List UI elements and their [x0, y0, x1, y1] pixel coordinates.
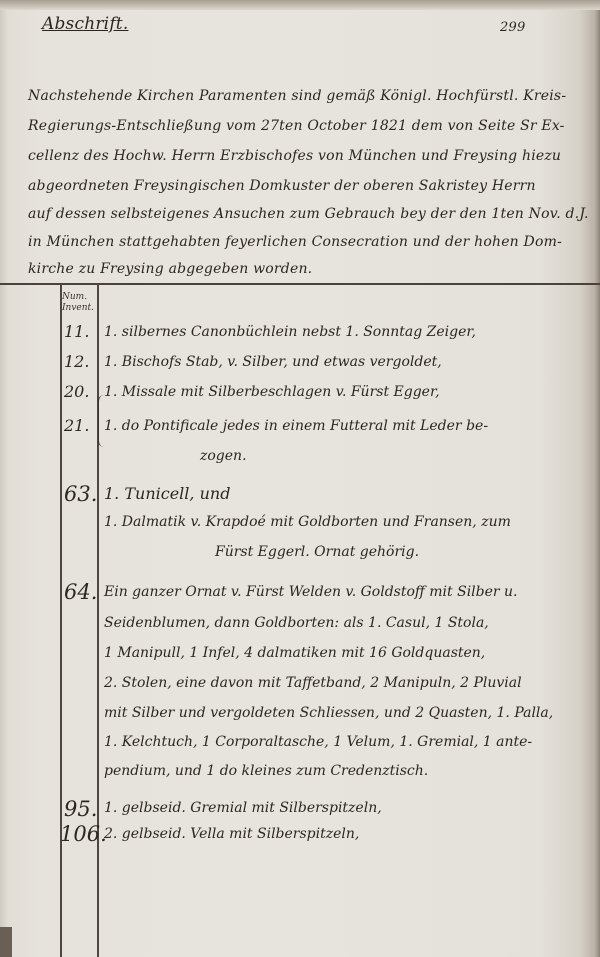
intro-line: cellenz des Hochw. Herrn Erzbischofes vo… — [28, 148, 561, 164]
entry-line: zogen. — [200, 448, 247, 464]
column-line-left — [60, 283, 62, 957]
entry-line: Fürst Eggerl. Ornat gehörig. — [215, 544, 419, 560]
page-number: 299 — [500, 20, 525, 35]
document-title: Abschrift. — [42, 14, 128, 34]
intro-line: Regierungs-Entschließung vom 27ten Octob… — [28, 118, 565, 134]
inventory-number: 12. — [64, 352, 96, 371]
entry-line: 1. Missale mit Silberbeschlagen v. Fürst… — [104, 384, 440, 400]
entry-line: 1. Bischofs Stab, v. Silber, und etwas v… — [104, 354, 442, 370]
entry-line: 1. Kelchtuch, 1 Corporaltasche, 1 Velum,… — [104, 734, 532, 750]
entry-line: pendium, und 1 do kleines zum Credenztis… — [104, 763, 428, 779]
entry-line: Seidenblumen, dann Goldborten: als 1. Ca… — [104, 615, 489, 631]
intro-line: abgeordneten Freysingischen Domkuster de… — [28, 178, 536, 194]
column-line-right — [97, 283, 99, 957]
inventory-number: 106. — [60, 822, 92, 846]
intro-line: Nachstehende Kirchen Paramenten sind gem… — [28, 88, 566, 104]
entry-line: 2. gelbseid. Vella mit Silberspitzeln, — [104, 826, 359, 842]
intro-line: auf dessen selbsteigenes Ansuchen zum Ge… — [28, 206, 589, 222]
horizontal-rule — [0, 283, 600, 285]
entry-line: Ein ganzer Ornat v. Fürst Welden v. Gold… — [104, 584, 518, 600]
manuscript-page: Abschrift. 299 Nachstehende Kirchen Para… — [0, 0, 600, 957]
column-header-inventory-number: Num. Invent. — [62, 292, 94, 314]
entry-line: 1. silbernes Canonbüchlein nebst 1. Sonn… — [104, 324, 476, 340]
intro-line: kirche zu Freysing abgegeben worden. — [28, 261, 312, 277]
intro-line: in München stattgehabten feyerlichen Con… — [28, 234, 562, 250]
inventory-number: 11. — [64, 322, 96, 341]
inventory-number: 63. — [64, 482, 96, 506]
inventory-number: 95. — [64, 797, 96, 821]
entry-line: 1. gelbseid. Gremial mit Silberspitzeln, — [104, 800, 382, 816]
inventory-number: 20. — [64, 382, 96, 401]
entry-line: 1. Tunicell, und — [104, 484, 230, 503]
entry-line: 1 Manipull, 1 Infel, 4 dalmatiken mit 16… — [104, 645, 485, 661]
column-header-line: Num. — [62, 292, 94, 303]
entry-line: 1. Dalmatik v. Krapdoé mit Goldborten un… — [104, 514, 511, 530]
inventory-number: 64. — [64, 580, 96, 604]
entry-line: 1. do Pontificale jedes in einem Futtera… — [104, 418, 488, 434]
inventory-number: 21. — [64, 416, 96, 435]
entry-line: 2. Stolen, eine davon mit Taffetband, 2 … — [104, 675, 522, 691]
entry-line: mit Silber und vergoldeten Schliessen, u… — [104, 705, 553, 721]
column-header-line: Invent. — [62, 303, 94, 314]
